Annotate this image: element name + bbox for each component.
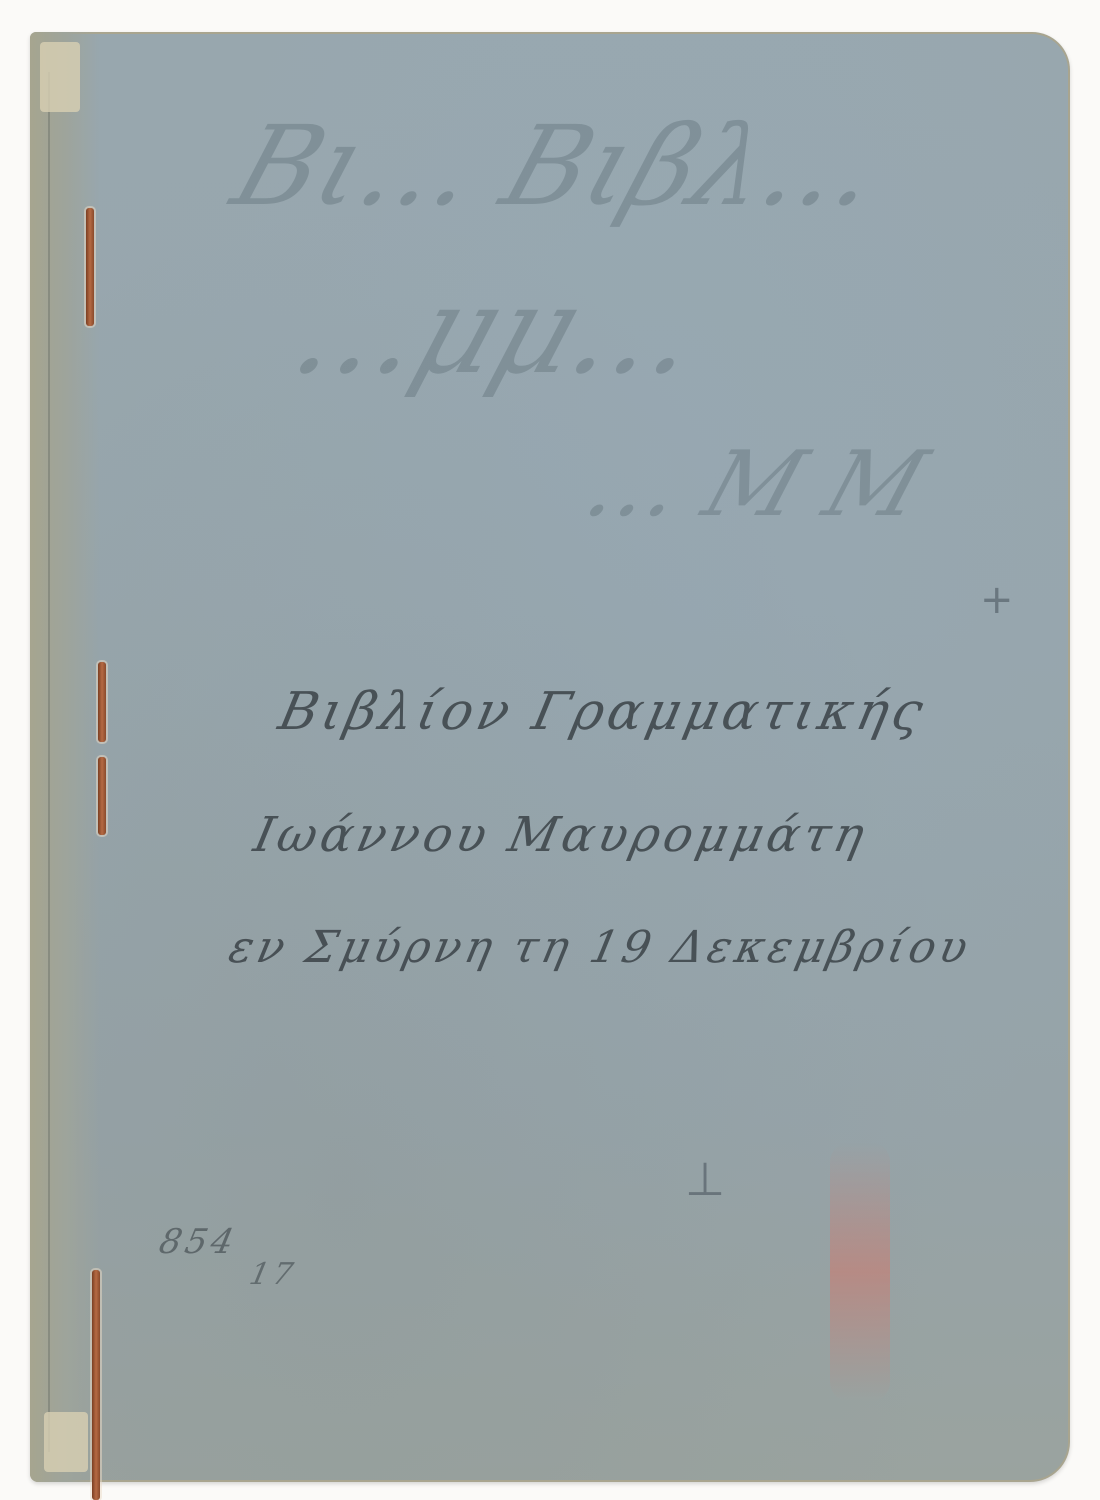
- torn-corner: [40, 42, 80, 112]
- cross-mark: ⊥: [685, 1152, 725, 1206]
- faint-script-line-1: Βι… Βιβλ…: [219, 102, 897, 230]
- corner-number-1: 854: [156, 1222, 241, 1262]
- binding-stitch-1: [86, 208, 94, 326]
- binding-stitch-2: [98, 662, 106, 742]
- torn-bottom-corner: [44, 1412, 88, 1472]
- binding-stitch-4: [92, 1270, 100, 1500]
- title-line-1: Βιβλίον Γραμματικής: [274, 682, 932, 742]
- title-line-2: Ιωάννου Μαυρομμάτη: [249, 807, 873, 863]
- right-edge-mark: +: [980, 577, 1014, 623]
- corner-number-2: 17: [246, 1257, 300, 1292]
- spine-fold-line: [48, 72, 50, 1452]
- binding-stitch-3: [98, 757, 106, 835]
- faint-script-line-2: …μμ…: [277, 262, 718, 401]
- red-stain: [830, 1142, 890, 1402]
- notebook-cover: Βι… Βιβλ… …μμ… … Μ Μ Βιβλίον Γραμματικής…: [30, 32, 1070, 1482]
- faint-script-line-3: … Μ Μ: [573, 432, 939, 537]
- title-line-3: εν Σμύρνη τη 19 Δεκεμβρίου: [225, 922, 977, 973]
